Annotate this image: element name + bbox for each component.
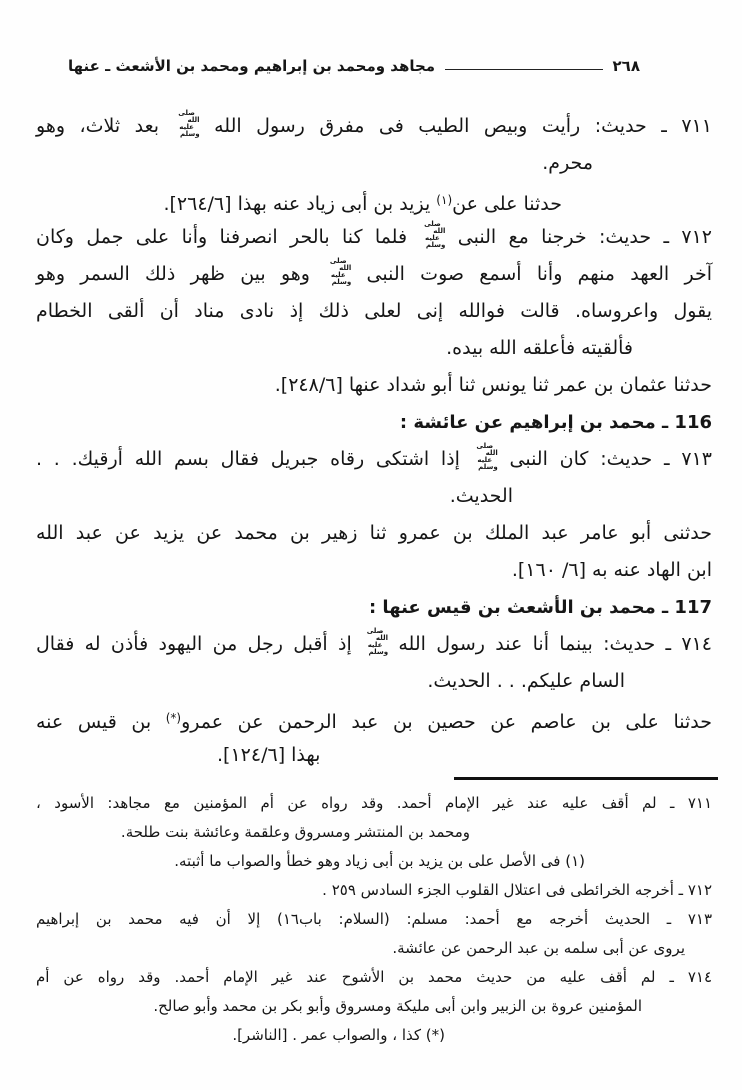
book-page: ٢٦٨ مجاهد ومحمد بن إبراهيم ومحمد بن الأش… <box>0 0 742 1090</box>
body-line: حدثنا عثمان بن عمر ثنا يونس ثنا أبو شداد… <box>36 367 712 404</box>
body-line: الحديث. <box>36 478 712 515</box>
footnote-line: ٧١٤ ـ لم أقف عليه من حديث محمد بن الأشوح… <box>36 963 712 992</box>
body-line: ٧١٢ ـ حديث: خرجنا مع النبى صلى اللهعليه … <box>36 219 712 256</box>
footnote-line: ومحمد بن المنتشر ومسروق وعلقمة وعائشة بن… <box>36 818 712 847</box>
body-line: آخر العهد منهم وأنا أسمع صوت النبى صلى ا… <box>36 256 712 293</box>
honorific-symbol: صلى اللهعليه وسلم <box>419 221 445 249</box>
footnote-line: يروى عن أبى سلمه بن عبد الرحمن عن عائشة. <box>36 934 712 963</box>
footnote-line: ٧١٣ ـ الحديث أخرجه مع أحمد: مسلم: (السلا… <box>36 905 712 934</box>
honorific-symbol: صلى اللهعليه وسلم <box>362 628 388 656</box>
body-text: ٧١١ ـ حديث: رأيت وبيص الطيب فى مفرق رسول… <box>36 108 712 774</box>
body-line: حدثنا على بن عاصم عن حصين بن عبد الرحمن … <box>36 700 712 737</box>
body-line: ٧١٤ ـ حديث: بينما أنا عند رسول الله صلى … <box>36 626 712 663</box>
body-line: فألقيته فأعلقه الله بيده. <box>36 330 712 367</box>
footnote-line: (١) فى الأصل على بن يزيد بن أبى زياد وهو… <box>36 847 712 876</box>
body-line: يقول واعروساه. قالت فوالله إنى لعلى ذلك … <box>36 293 712 330</box>
footnote-marker: (١) <box>436 193 452 207</box>
footnote-separator <box>454 777 718 780</box>
footnote-marker: (*) <box>166 711 181 725</box>
footnote-line: ٧١٢ ـ أخرجه الخرائطى فى اعتلال القلوب ال… <box>36 876 712 905</box>
section-heading: 117 ـ محمد بن الأشعث بن قيس عنها : <box>36 589 712 626</box>
body-line: حدثنا على عن(١) يزيد بن أبى زياد عنه بهذ… <box>36 182 712 219</box>
honorific-symbol: صلى اللهعليه وسلم <box>325 258 351 286</box>
footnote-line: (*) كذا ، والصواب عمر . [الناشر]. <box>36 1021 712 1050</box>
honorific-symbol: صلى اللهعليه وسلم <box>472 443 498 471</box>
body-line: ابن الهاد عنه به [٦/ ١٦٠]. <box>36 552 712 589</box>
footnote-line: المؤمنين عروة بن الزبير وابن أبى مليكة و… <box>36 992 712 1021</box>
body-line: ٧١١ ـ حديث: رأيت وبيص الطيب فى مفرق رسول… <box>36 108 712 145</box>
honorific-symbol: صلى اللهعليه وسلم <box>174 110 200 138</box>
page-header: ٢٦٨ مجاهد ومحمد بن إبراهيم ومحمد بن الأش… <box>36 50 712 82</box>
body-line: حدثنى أبو عامر عبد الملك بن عمرو ثنا زهي… <box>36 515 712 552</box>
section-heading: 116 ـ محمد بن إبراهيم عن عائشة : <box>36 404 712 441</box>
body-line: السام عليكم. . . الحديث. <box>36 663 712 700</box>
running-title: مجاهد ومحمد بن إبراهيم ومحمد بن الأشعث ـ… <box>68 57 435 75</box>
footnotes: ٧١١ ـ لم أقف عليه عند غير الإمام أحمد. و… <box>36 789 712 1050</box>
body-line: ٧١٣ ـ حديث: كان النبى صلى اللهعليه وسلم … <box>36 441 712 478</box>
header-rule <box>445 69 602 70</box>
footnote-line: ٧١١ ـ لم أقف عليه عند غير الإمام أحمد. و… <box>36 789 712 818</box>
page-number: ٢٦٨ <box>613 57 640 75</box>
body-line: بهذا [١٢٤/٦]. <box>36 737 712 774</box>
body-line: محرم. <box>36 145 712 182</box>
